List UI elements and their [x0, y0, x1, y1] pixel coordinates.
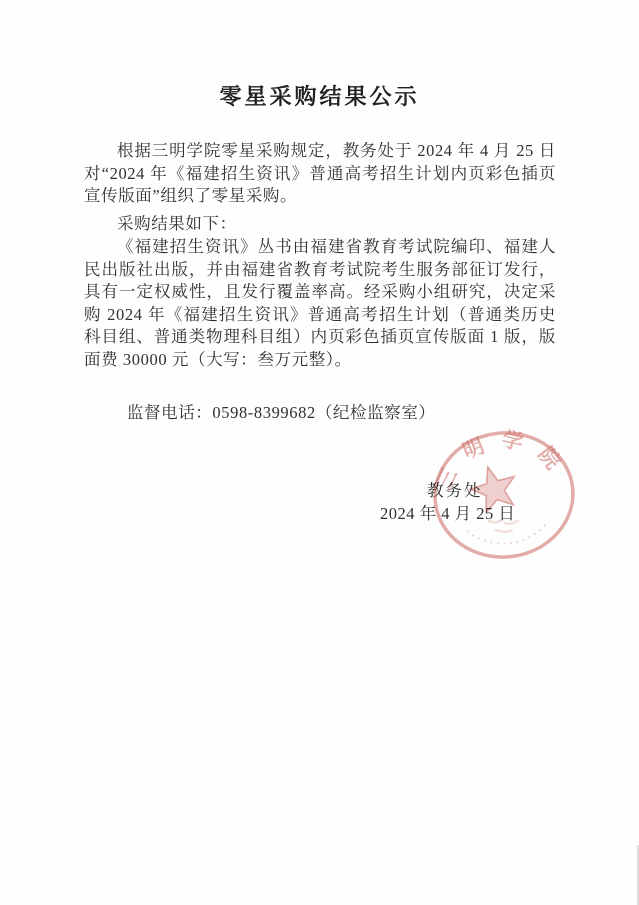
document-title: 零星采购结果公示 [0, 80, 639, 111]
seal-group: 三明学院 [426, 423, 582, 564]
official-seal-stamp: 三明学院 [424, 423, 588, 571]
paragraph-procurement-intro: 根据三明学院零星采购规定，教务处于 2024 年 4 月 25 日对“2024 … [84, 140, 556, 208]
seal-serial-dots [468, 523, 549, 548]
document-page: 零星采购结果公示 根据三明学院零星采购规定，教务处于 2024 年 4 月 25… [0, 0, 639, 905]
seal-faded-marks [489, 518, 519, 534]
paragraph-result-detail: 《福建招生资讯》丛书由福建省教育考试院编印、福建人民出版社出版，并由福建省教育考… [84, 236, 556, 371]
paragraph-supervision-phone: 监督电话：0598-8399682（纪检监察室） [84, 402, 556, 425]
seal-star-icon [466, 461, 522, 515]
paragraph-result-label: 采购结果如下： [84, 213, 556, 236]
